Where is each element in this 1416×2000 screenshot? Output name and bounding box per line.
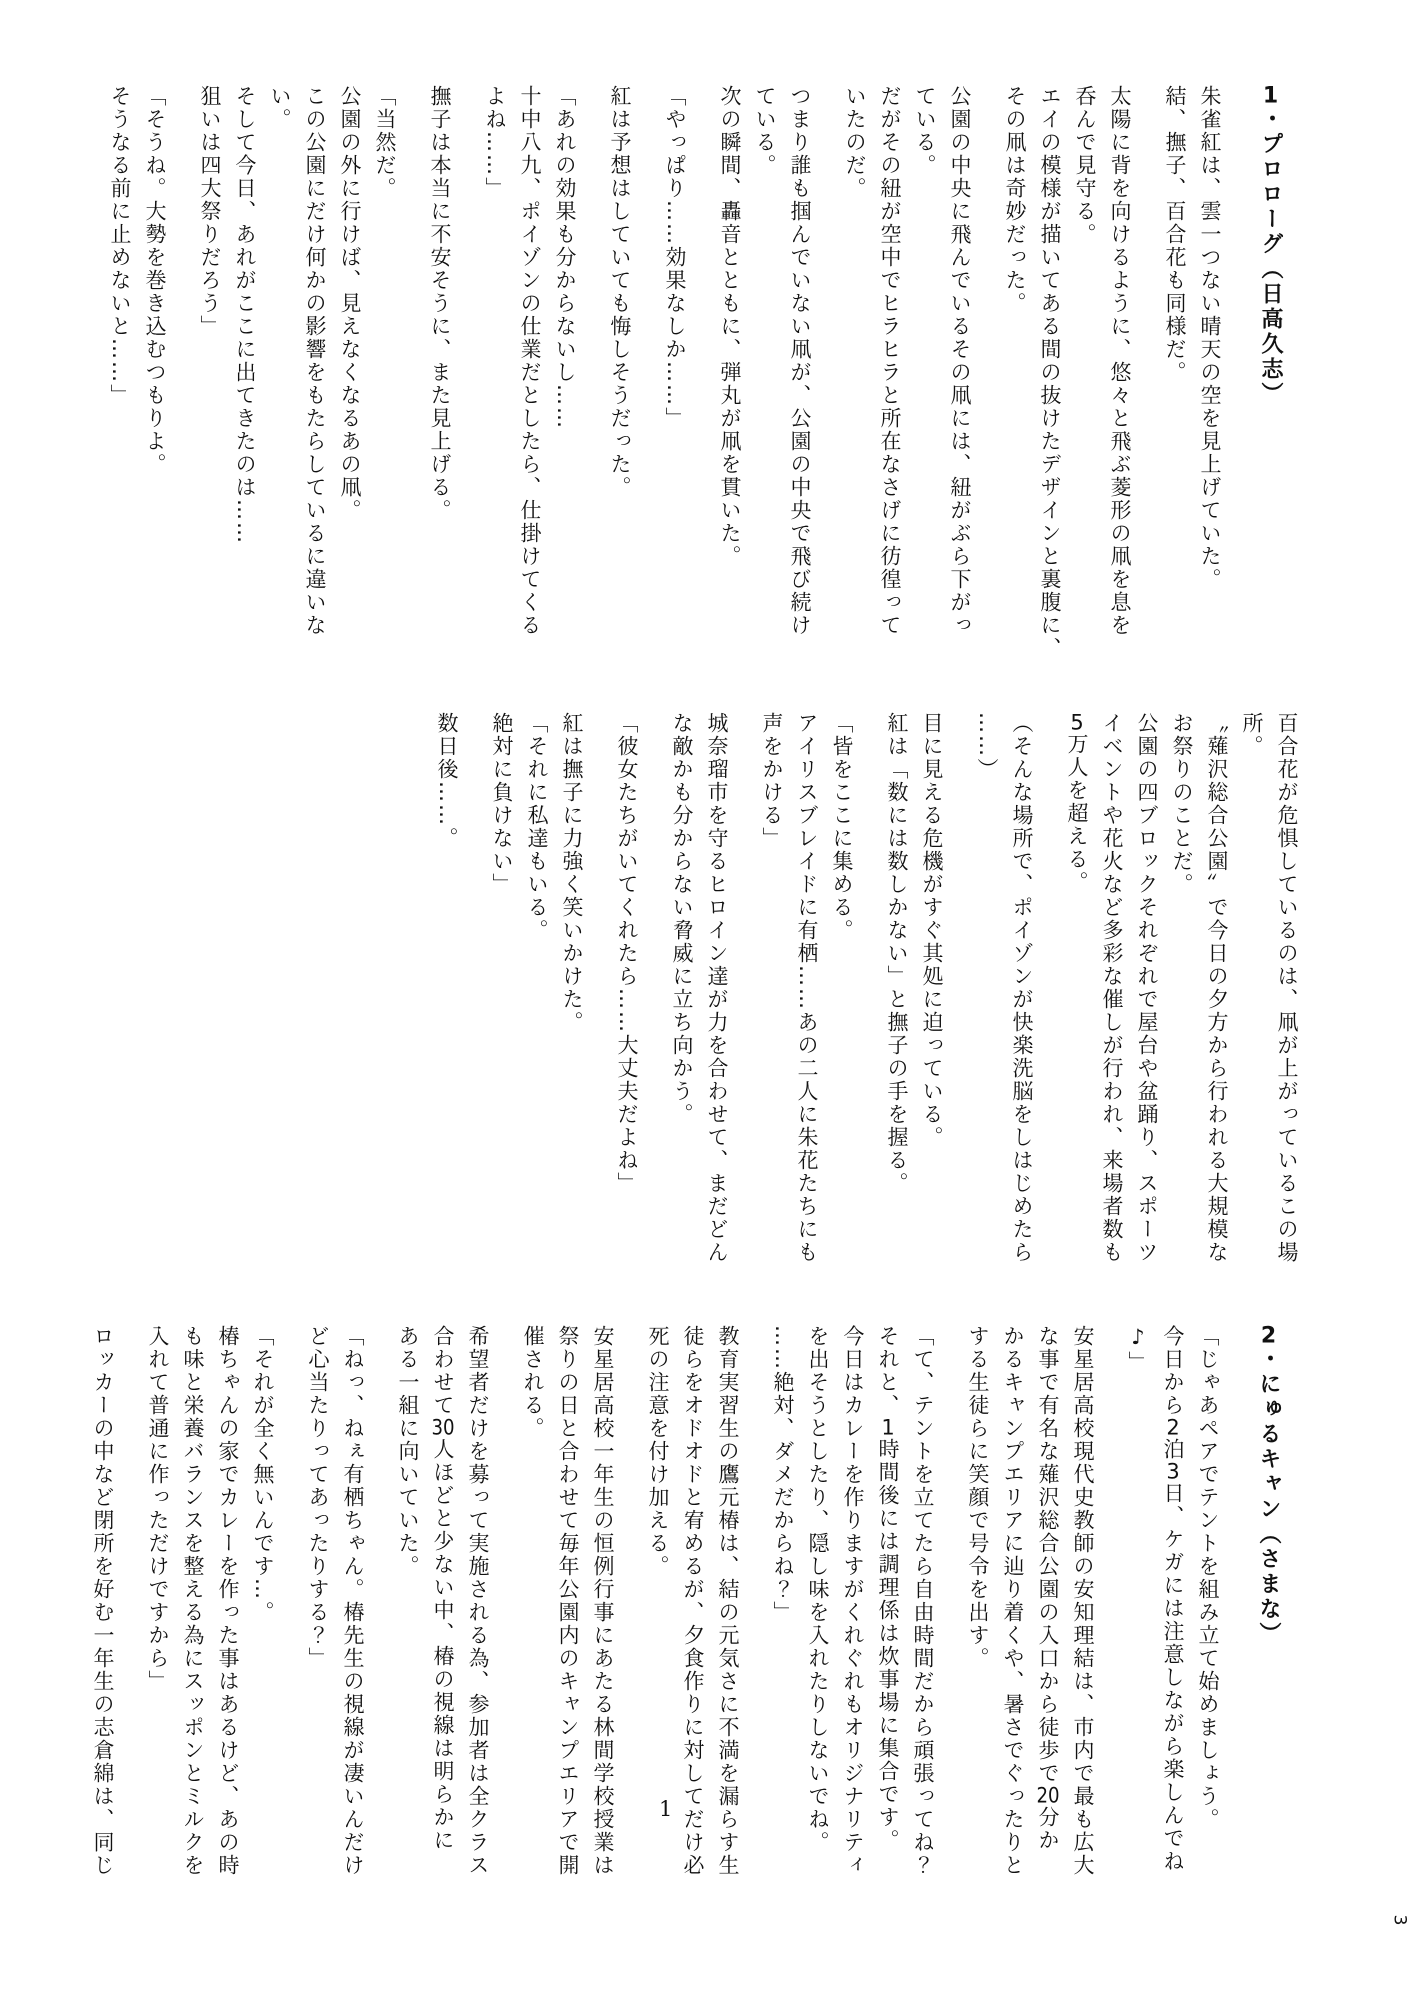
text-column: イベントや花火など多彩な催しが行われ、来場者数も bbox=[1094, 712, 1129, 1312]
text-column: 城奈瑠市を守るヒロイン達が力を合わせて、まだどん bbox=[699, 712, 734, 1312]
text-column: 徒らをオドオドと宥めるが、夕食作りに対してだけ必 bbox=[675, 1325, 710, 1925]
text-column: 椿ちゃんの家でカレーを作った事はあるけど、あの時 bbox=[210, 1325, 245, 1925]
text-column: 今日から2泊3日、ケガには注意しながら楽しんでね bbox=[1155, 1325, 1190, 1925]
text-column: 撫子は本当に不安そうに、また見上げる。 bbox=[422, 85, 457, 685]
text-column: 結、撫子、百合花も同様だ。 bbox=[1157, 85, 1192, 685]
text-column: 「そうね。大勢を巻き込むつもりよ。 bbox=[137, 85, 172, 685]
text-column: な敵かも分からない脅威に立ち向かう。 bbox=[664, 712, 699, 1312]
text-column: 希望者だけを募って実施される為、参加者は全クラス bbox=[460, 1325, 495, 1925]
paragraph-gap bbox=[370, 1325, 390, 1925]
text-column: 「やっぱり……効果なしか……」 bbox=[657, 85, 692, 685]
text-column: その凧は奇妙だった。 bbox=[997, 85, 1032, 685]
text-column: ている。 bbox=[907, 85, 942, 685]
novel-page: { "document": { "language": "ja", "writi… bbox=[0, 0, 1416, 2000]
text-column: 今日はカレーを作りますがくれぐれもオリジナリティ bbox=[835, 1325, 870, 1925]
text-column: いたのだ。 bbox=[837, 85, 872, 685]
paragraph-gap bbox=[637, 85, 657, 685]
text-column: 十中八九、ポイゾンの仕業だとしたら、仕掛けてくる bbox=[512, 85, 547, 685]
paragraph-gap bbox=[464, 712, 484, 1312]
text-column: を出そうとしたり、隠し味を入れたりしないでね。 bbox=[800, 1325, 835, 1925]
text-column: い。 bbox=[262, 85, 297, 685]
text-column: 教育実習生の鷹元椿は、結の元気さに不満を漏らす生 bbox=[710, 1325, 745, 1925]
text-column: （そんな場所で、ポイゾンが快楽洗脳をしはじめたら bbox=[1004, 712, 1039, 1312]
paragraph-gap bbox=[1100, 1325, 1120, 1925]
paragraph-gap bbox=[582, 85, 602, 685]
paragraph-gap bbox=[620, 1325, 640, 1925]
text-column: つまり誰も掴んでいない凧が、公園の中央で飛び続け bbox=[782, 85, 817, 685]
text-band-top: 1・プロローグ（日高久志） 朱雀紅は、雲一つない晴天の空を見上げていた。結、撫子… bbox=[102, 85, 1288, 685]
text-column: かるキャンプエリアに辿り着くや、暑さでぐったりと bbox=[995, 1325, 1030, 1925]
text-column: 「当然だ。 bbox=[367, 85, 402, 685]
text-column: そして今日、あれがここに出てきたのは…… bbox=[227, 85, 262, 685]
text-column: 死の注意を付け加える。 bbox=[640, 1325, 675, 1925]
text-column: 入れて普通に作っただけですから」 bbox=[140, 1325, 175, 1925]
paragraph-gap bbox=[589, 712, 609, 1312]
paragraph-gap bbox=[692, 85, 712, 685]
text-column: 公園の外に行けば、見えなくなるあの凧。 bbox=[332, 85, 367, 685]
text-column: な事で有名な薙沢総合公園の入口から徒歩で20分か bbox=[1030, 1325, 1065, 1925]
text-column: 「ねっ、ねぇ有栖ちゃん。椿先生の視線が凄いんだけ bbox=[335, 1325, 370, 1925]
text-column: 「あれの効果も分からないし…… bbox=[547, 85, 582, 685]
paragraph-gap bbox=[280, 1325, 300, 1925]
text-column: 紅は予想はしていても悔しそうだった。 bbox=[602, 85, 637, 685]
section-2-heading: 2・にゅるキャン（さまな） bbox=[1251, 1325, 1286, 1925]
text-column: よね……」 bbox=[477, 85, 512, 685]
paragraph-gap bbox=[495, 1325, 515, 1925]
paragraph-gap bbox=[1039, 712, 1059, 1312]
text-band-bottom: 2・にゅるキャン（さまな） 「じゃあペアでテントを組み立て始めましょう。今日から… bbox=[85, 1325, 1286, 1925]
text-column: 「それに私達もいる。 bbox=[519, 712, 554, 1312]
text-column: ……） bbox=[969, 712, 1004, 1312]
text-column: 百合花が危惧しているのは、凧が上がっているこの場 bbox=[1269, 712, 1304, 1312]
text-column: 安星居高校現代史教師の安知理結は、市内で最も広大 bbox=[1065, 1325, 1100, 1925]
text-column: 朱雀紅は、雲一つない晴天の空を見上げていた。 bbox=[1192, 85, 1227, 685]
text-column: 「彼女たちがいてくれたら……大丈夫だよね」 bbox=[609, 712, 644, 1312]
paragraph-gap bbox=[817, 85, 837, 685]
text-column: ……絶対、ダメだからね？」 bbox=[765, 1325, 800, 1925]
text-column: 数日後……。 bbox=[429, 712, 464, 1312]
paragraph-gap bbox=[977, 85, 997, 685]
text-column: 祭りの日と合わせて毎年公園内のキャンプエリアで開 bbox=[550, 1325, 585, 1925]
paragraph-gap bbox=[644, 712, 664, 1312]
paragraph-gap bbox=[402, 85, 422, 685]
text-column: この公園にだけ何かの影響をもたらしているに違いな bbox=[297, 85, 332, 685]
text-column: 安星居高校一年生の恒例行事にあたる林間学校授業は bbox=[585, 1325, 620, 1925]
text-column: 「て、テントを立てたら自由時間だから頑張ってね？ bbox=[905, 1325, 940, 1925]
text-column: ある一組に向いていた。 bbox=[390, 1325, 425, 1925]
text-column: 「皆をここに集める。 bbox=[824, 712, 859, 1312]
text-column: 紅は「数には数しかない」と撫子の手を握る。 bbox=[879, 712, 914, 1312]
text-column: アイリスブレイドに有栖……あの二人に朱花たちにも bbox=[789, 712, 824, 1312]
text-column: 呑んで見守る。 bbox=[1067, 85, 1102, 685]
paragraph-gap bbox=[745, 1325, 765, 1925]
text-column: エイの模様が描いてある間の抜けたデザインと裏腹に、 bbox=[1032, 85, 1067, 685]
text-column: 紅は撫子に力強く笑いかけた。 bbox=[554, 712, 589, 1312]
text-column: する生徒らに笑顔で号令を出す。 bbox=[960, 1325, 995, 1925]
text-band-middle: 百合花が危惧しているのは、凧が上がっているこの場所。〝薙沢総合公園〟で今日の夕方… bbox=[429, 712, 1304, 1312]
paragraph-gap bbox=[172, 85, 192, 685]
page-number-center: 1 bbox=[659, 1797, 672, 1821]
text-column: お祭りのことだ。 bbox=[1164, 712, 1199, 1312]
text-column: 催される。 bbox=[515, 1325, 550, 1925]
paragraph-gap bbox=[457, 85, 477, 685]
text-column: 次の瞬間、轟音とともに、弾丸が凧を貫いた。 bbox=[712, 85, 747, 685]
text-column: それと、1時間後には調理係は炊事場に集合です。 bbox=[870, 1325, 905, 1925]
text-column: 公園の中央に飛んでいるその凧には、紐がぶら下がっ bbox=[942, 85, 977, 685]
text-column: 狙いは四大祭りだろう」 bbox=[192, 85, 227, 685]
text-column: 〝薙沢総合公園〟で今日の夕方から行われる大規模な bbox=[1199, 712, 1234, 1312]
text-column: 絶対に負けない」 bbox=[484, 712, 519, 1312]
text-column: だがその紐が空中でヒラヒラと所在なさげに彷徨って bbox=[872, 85, 907, 685]
paragraph-gap bbox=[949, 712, 969, 1312]
section-1-heading: 1・プロローグ（日高久志） bbox=[1253, 85, 1288, 685]
text-column: 「それが全く無いんです…。 bbox=[245, 1325, 280, 1925]
text-column: 合わせて30人ほどと少ない中、椿の視線は明らかに bbox=[425, 1325, 460, 1925]
text-column: 5万人を超える。 bbox=[1059, 712, 1094, 1312]
text-column: 公園の四ブロックそれぞれで屋台や盆踊り、スポーツ bbox=[1129, 712, 1164, 1312]
paragraph-gap bbox=[734, 712, 754, 1312]
paragraph-gap bbox=[859, 712, 879, 1312]
text-column: 目に見える危機がすぐ其処に迫っている。 bbox=[914, 712, 949, 1312]
text-column: 「じゃあペアでテントを組み立て始めましょう。 bbox=[1190, 1325, 1225, 1925]
paragraph-gap bbox=[1137, 85, 1157, 685]
text-column: 声をかける」 bbox=[754, 712, 789, 1312]
text-column: そうなる前に止めないと……」 bbox=[102, 85, 137, 685]
text-column: ている。 bbox=[747, 85, 782, 685]
text-column: ♪」 bbox=[1120, 1325, 1155, 1925]
text-column: ど心当たりってあったりする？」 bbox=[300, 1325, 335, 1925]
paragraph-gap bbox=[120, 1325, 140, 1925]
text-column: 所。 bbox=[1234, 712, 1269, 1312]
page-number-edge: 3 bbox=[1389, 1915, 1409, 1926]
text-column: ロッカーの中など閉所を好む一年生の志倉綿は、同じ bbox=[85, 1325, 120, 1925]
text-column: 太陽に背を向けるように、悠々と飛ぶ菱形の凧を息を bbox=[1102, 85, 1137, 685]
paragraph-gap bbox=[940, 1325, 960, 1925]
text-column: も味と栄養バランスを整える為にスッポンとミルクを bbox=[175, 1325, 210, 1925]
